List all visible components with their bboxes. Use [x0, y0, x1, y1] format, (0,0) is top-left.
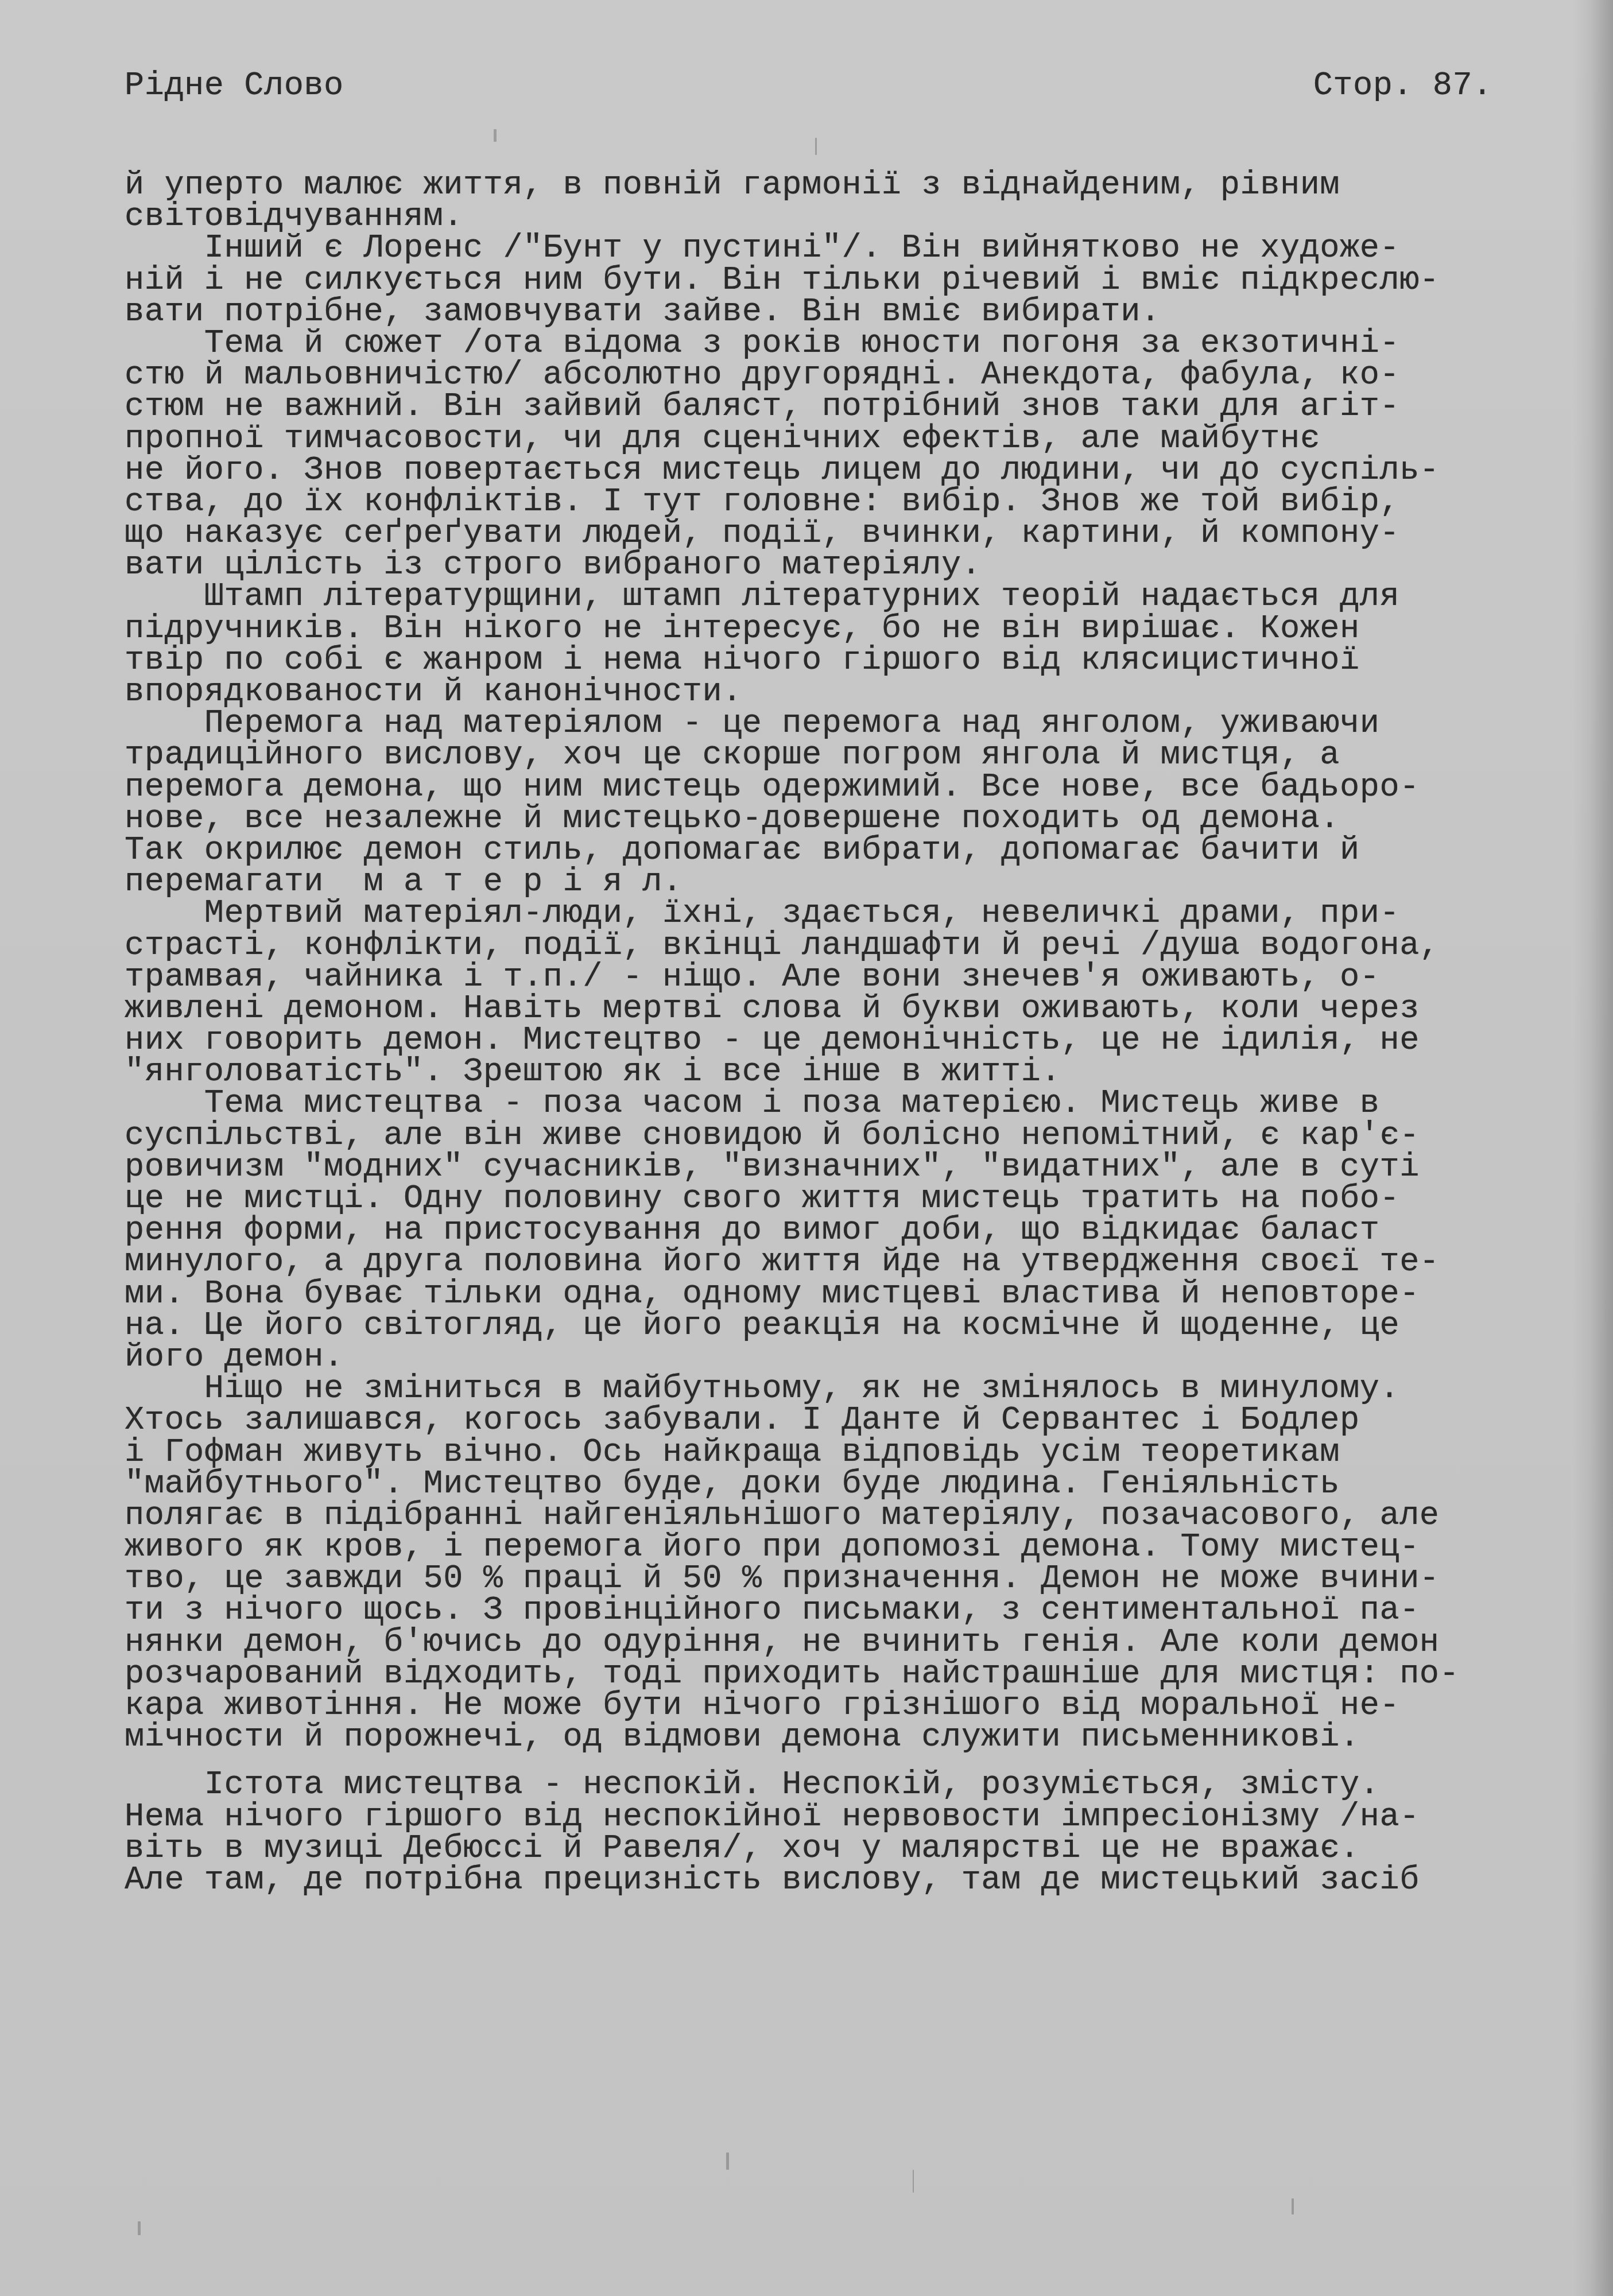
paragraph: Інший є Лоренс /"Бунт у пустині"/. Він в… [125, 233, 1571, 328]
scan-speck [815, 138, 817, 155]
text-line: Тема мистецтва - поза часом і поза матер… [125, 1088, 1571, 1120]
text-line: що наказує сеґреґувати людей, події, вчи… [125, 518, 1571, 550]
body-text: й уперто малює життя, в повній гармонії … [125, 170, 1571, 1896]
text-line: рення форми, на пристосування до вимог д… [125, 1215, 1571, 1247]
text-line: минулого, а друга половина його життя йд… [125, 1247, 1571, 1278]
scan-speck [494, 129, 497, 142]
text-line: традиційного вислову, хоч це скорше погр… [125, 740, 1571, 771]
text-line: ми. Вона буває тільки одна, одному мистц… [125, 1279, 1571, 1310]
text-line: ства, до їх конфліктів. І тут головне: в… [125, 487, 1571, 518]
text-line: трамвая, чайника і т.п./ - ніщо. Але вон… [125, 962, 1571, 994]
scanned-page: Рідне Слово Стор. 87. й уперто малює жит… [0, 0, 1613, 2296]
text-line: Тема й сюжет /ота відома з років юности … [125, 328, 1571, 360]
scan-speck [913, 2170, 914, 2193]
paragraph: Штамп літературщини, штамп літературних … [125, 581, 1571, 708]
text-line: страсті, конфлікти, події, вкінці ландша… [125, 930, 1571, 962]
paragraph: й уперто малює життя, в повній гармонії … [125, 170, 1571, 233]
text-line: це не мистці. Одну половину свого життя … [125, 1184, 1571, 1215]
text-line: віть в музиці Дебюссі й Равеля/, хоч у м… [125, 1833, 1571, 1865]
text-line: підручників. Він нікого не інтересує, бо… [125, 614, 1571, 645]
text-line: Так окрилює демон стиль, допомагає вибра… [125, 835, 1571, 867]
text-line: перемога демона, що ним мистець одержими… [125, 772, 1571, 804]
text-line: його демон. [125, 1342, 1571, 1374]
page-header: Рідне Слово Стор. 87. [125, 68, 1492, 108]
text-line: Істота мистецтва - неспокій. Неспокій, р… [125, 1770, 1571, 1801]
text-line: Штамп літературщини, штамп літературних … [125, 581, 1571, 613]
paragraph: Істота мистецтва - неспокій. Неспокій, р… [125, 1770, 1571, 1896]
page-number: Стор. 87. [1313, 68, 1492, 104]
text-line: світовідчуванням. [125, 201, 1571, 233]
text-line: Ніщо не зміниться в майбутньому, як не з… [125, 1374, 1571, 1405]
text-line: перемагати м а т е р і я л. [125, 867, 1571, 898]
text-line: кара животіння. Не може бути нічого гріз… [125, 1690, 1571, 1722]
text-line: вати цілість із строго вибраного матерія… [125, 550, 1571, 581]
text-line: Інший є Лоренс /"Бунт у пустині"/. Він в… [125, 233, 1571, 265]
text-line: мічности й порожнечі, од відмови демона … [125, 1722, 1571, 1754]
text-line: ній і не силкується ним бути. Він тільки… [125, 265, 1571, 297]
text-line: стюм не важний. Він зайвий баляст, потрі… [125, 391, 1571, 423]
scan-speck [1292, 2198, 1294, 2214]
text-line: Хтось залишався, когось забували. І Дант… [125, 1405, 1571, 1437]
text-line: "майбутнього". Мистецтво буде, доки буде… [125, 1469, 1571, 1500]
text-line: не його. Знов повертається мистець лицем… [125, 455, 1571, 487]
paragraph: Ніщо не зміниться в майбутньому, як не з… [125, 1374, 1571, 1754]
publication-title: Рідне Слово [125, 68, 344, 104]
text-line: "янголоватість". Зрештою як і все інше в… [125, 1057, 1571, 1088]
text-line: них говорить демон. Мистецтво - це демон… [125, 1025, 1571, 1057]
text-line: живлені демоном. Навіть мертві слова й б… [125, 994, 1571, 1025]
text-line: Мертвий матеріял-люди, їхні, здається, н… [125, 898, 1571, 930]
text-line: і Гофман живуть вічно. Ось найкраща відп… [125, 1437, 1571, 1469]
scan-speck [726, 2152, 729, 2170]
text-line: нове, все незалежне й мистецько-довершен… [125, 804, 1571, 835]
text-line: нянки демон, б'ючись до одуріння, не вчи… [125, 1627, 1571, 1659]
paragraph: Перемога над матеріялом - це перемога на… [125, 708, 1571, 898]
text-line: ти з нічого щось. З провінційного письма… [125, 1595, 1571, 1627]
text-line: полягає в підібранні найгеніяльнішого ма… [125, 1500, 1571, 1532]
text-line: тво, це завжди 50 % праці й 50 % признач… [125, 1564, 1571, 1595]
paragraph: Мертвий матеріял-люди, їхні, здається, н… [125, 898, 1571, 1088]
text-line: й уперто малює життя, в повній гармонії … [125, 170, 1571, 201]
text-line: розчарований відходить, тоді приходить н… [125, 1659, 1571, 1690]
text-line: пропної тимчасовости, чи для сценічних е… [125, 424, 1571, 455]
text-line: впорядкованости й канонічности. [125, 677, 1571, 708]
text-line: Нема нічого гіршого від неспокійної нерв… [125, 1802, 1571, 1833]
text-line: на. Це його світогляд, це його реакція н… [125, 1310, 1571, 1342]
scan-speck [138, 2221, 141, 2235]
text-line: вати потрібне, замовчувати зайве. Він вм… [125, 297, 1571, 328]
paragraph: Тема мистецтва - поза часом і поза матер… [125, 1088, 1571, 1374]
paragraph: Тема й сюжет /ота відома з років юности … [125, 328, 1571, 582]
text-line: твір по собі є жанром і нема нічого гірш… [125, 645, 1571, 677]
text-line: стю й мальовничістю/ абсолютно другорядн… [125, 360, 1571, 391]
text-line: Але там, де потрібна прецизність вислову… [125, 1865, 1571, 1896]
text-line: ровичизм "модних" сучасників, "визначних… [125, 1152, 1571, 1184]
text-line: живого як кров, і перемога його при допо… [125, 1532, 1571, 1564]
text-line: суспільстві, але він живе сновидою й бол… [125, 1120, 1571, 1152]
text-line: Перемога над матеріялом - це перемога на… [125, 708, 1571, 740]
